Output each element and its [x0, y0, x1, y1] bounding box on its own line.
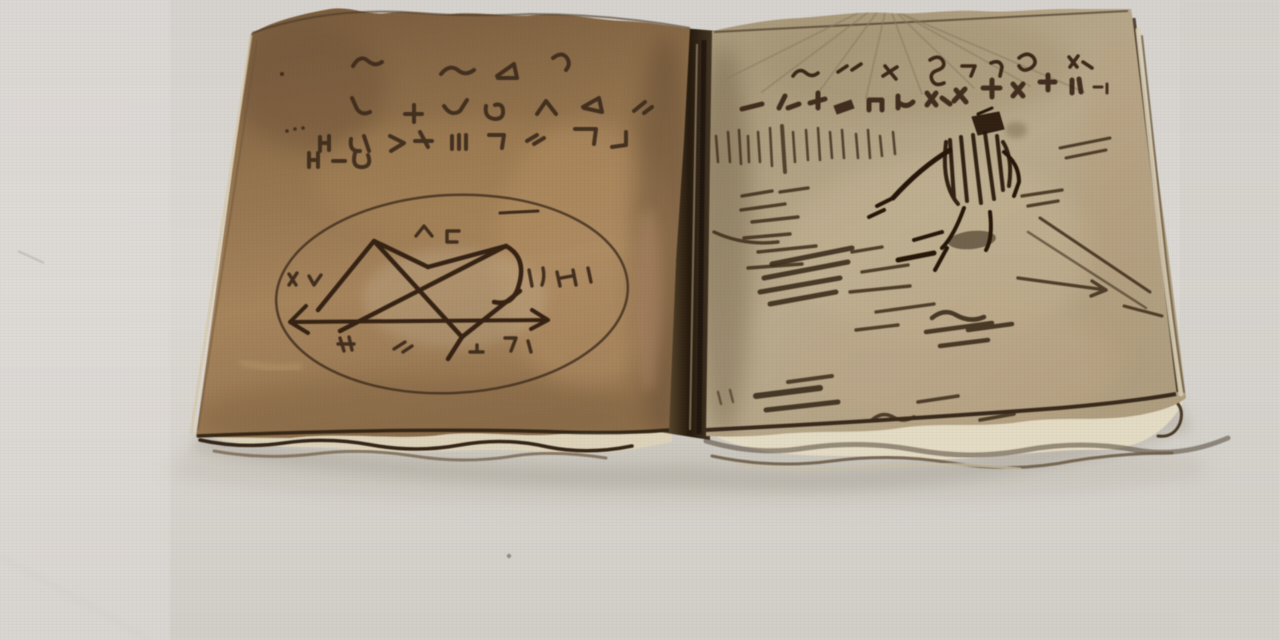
left-page [191, 8, 697, 460]
photo-open-ancient-codex [0, 0, 1280, 640]
background-speck [507, 554, 511, 558]
right-page [696, 8, 1186, 437]
screenshot-canvas [0, 0, 1280, 640]
